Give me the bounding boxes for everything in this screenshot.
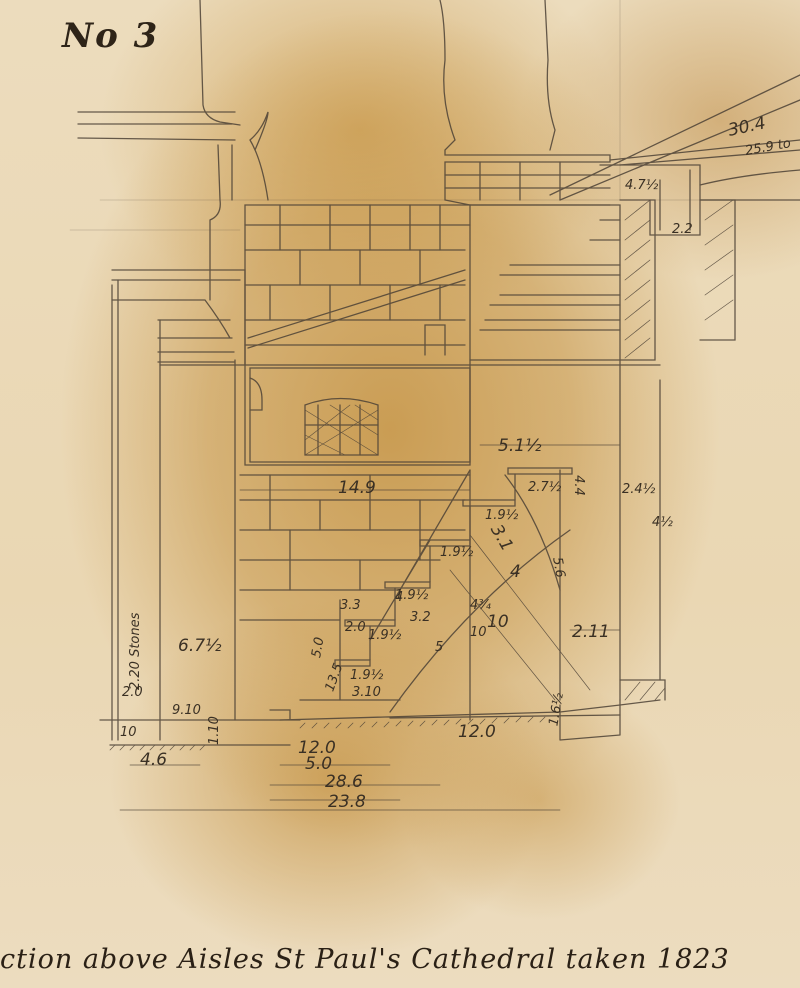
drawing-caption: ction above Aisles St Paul's Cathedral t… (0, 944, 730, 975)
dimension-label: 2.0 (345, 620, 366, 635)
dimension-label: 4 (510, 562, 521, 582)
dimension-label: 1.9½ (440, 545, 473, 560)
sheet-number: No 3 (62, 16, 159, 56)
dimension-label: 4½ (652, 515, 673, 530)
architectural-section-drawing (0, 0, 800, 988)
dimension-label: 4.4 (571, 475, 586, 496)
dimension-label: 10 (487, 612, 509, 632)
dimension-label: 4.7½ (625, 178, 658, 193)
dimension-label: 14.9 (338, 478, 376, 498)
dimension-label: 2.0 (122, 685, 143, 700)
dimension-label: 6.7½ (178, 636, 222, 656)
dimension-label: 5.0 (305, 754, 332, 774)
dimension-label: 3.3 (340, 598, 361, 613)
dimension-label: 10 (120, 725, 137, 740)
dimension-label: 2.20 Stones (128, 613, 143, 690)
dimension-label: 2.11 (572, 622, 610, 642)
dimension-label: 28.6 (325, 772, 363, 792)
dimension-label: 3.10 (352, 685, 381, 700)
dimension-label: 3.2 (410, 610, 431, 625)
dimension-label: 2.7½ (528, 480, 561, 495)
dimension-label: 23.8 (328, 792, 366, 812)
dimension-label: 4 (395, 590, 403, 605)
dimension-label: 2.2 (672, 222, 693, 237)
dimension-label: 1.9½ (368, 628, 401, 643)
dimension-label: 10 (470, 625, 487, 640)
dimension-label: 2.4½ (622, 482, 655, 497)
dimension-label: 4.6 (140, 750, 167, 770)
dimension-label: 1.10 (207, 716, 222, 745)
dimension-label: 9.10 (172, 703, 201, 718)
dimension-label: 1.9½ (350, 668, 383, 683)
dimension-label: 12.0 (458, 722, 496, 742)
dimension-label: 4¾ (470, 598, 491, 613)
dimension-label: 5.1½ (498, 436, 542, 456)
dimension-label: 5 (435, 640, 443, 655)
